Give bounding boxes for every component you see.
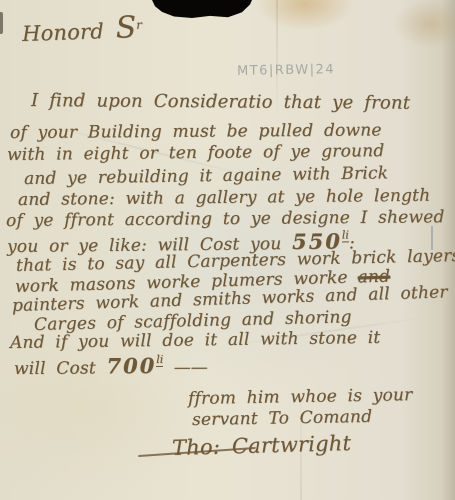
trailing-dash: —— xyxy=(163,358,208,378)
cost-unit-pounds: li xyxy=(342,228,349,242)
torn-hole xyxy=(152,0,252,18)
scan-edge-mark xyxy=(0,12,3,34)
letter-line: I find upon Consideratio that ye front xyxy=(31,90,410,114)
manuscript-scan: Honord Sr MT6|RBW|24 I find upon Conside… xyxy=(0,0,455,500)
letter-line: of your Building must be pulled downe xyxy=(10,120,382,143)
salutation: Honord Sr xyxy=(21,10,142,49)
letter-line: with in eight or ten foote of ye ground xyxy=(7,141,385,165)
archive-reference: MT6|RBW|24 xyxy=(237,62,335,79)
cost-text: will Cost xyxy=(14,358,107,379)
letter-line: and ye rebuilding it againe with Brick xyxy=(24,163,388,189)
salutation-superscript: r xyxy=(136,18,142,32)
letter-line: And if you will doe it all with stone it xyxy=(10,328,381,353)
letter-line: of ye ffront according to ye designe I s… xyxy=(6,207,445,231)
closing-line: servant To Comand xyxy=(192,407,373,430)
cost-amount: 700 xyxy=(106,353,156,378)
closing-line: ffrom him whoe is your xyxy=(188,385,413,409)
salutation-initial: S xyxy=(115,10,137,46)
signature: Tho: Cartwright xyxy=(172,431,352,460)
salutation-word: Honord xyxy=(22,19,105,46)
letter-line: and stone: with a gallery at ye hole len… xyxy=(18,186,431,210)
letter-line-cost-700: will Cost 700li —— xyxy=(14,353,208,379)
